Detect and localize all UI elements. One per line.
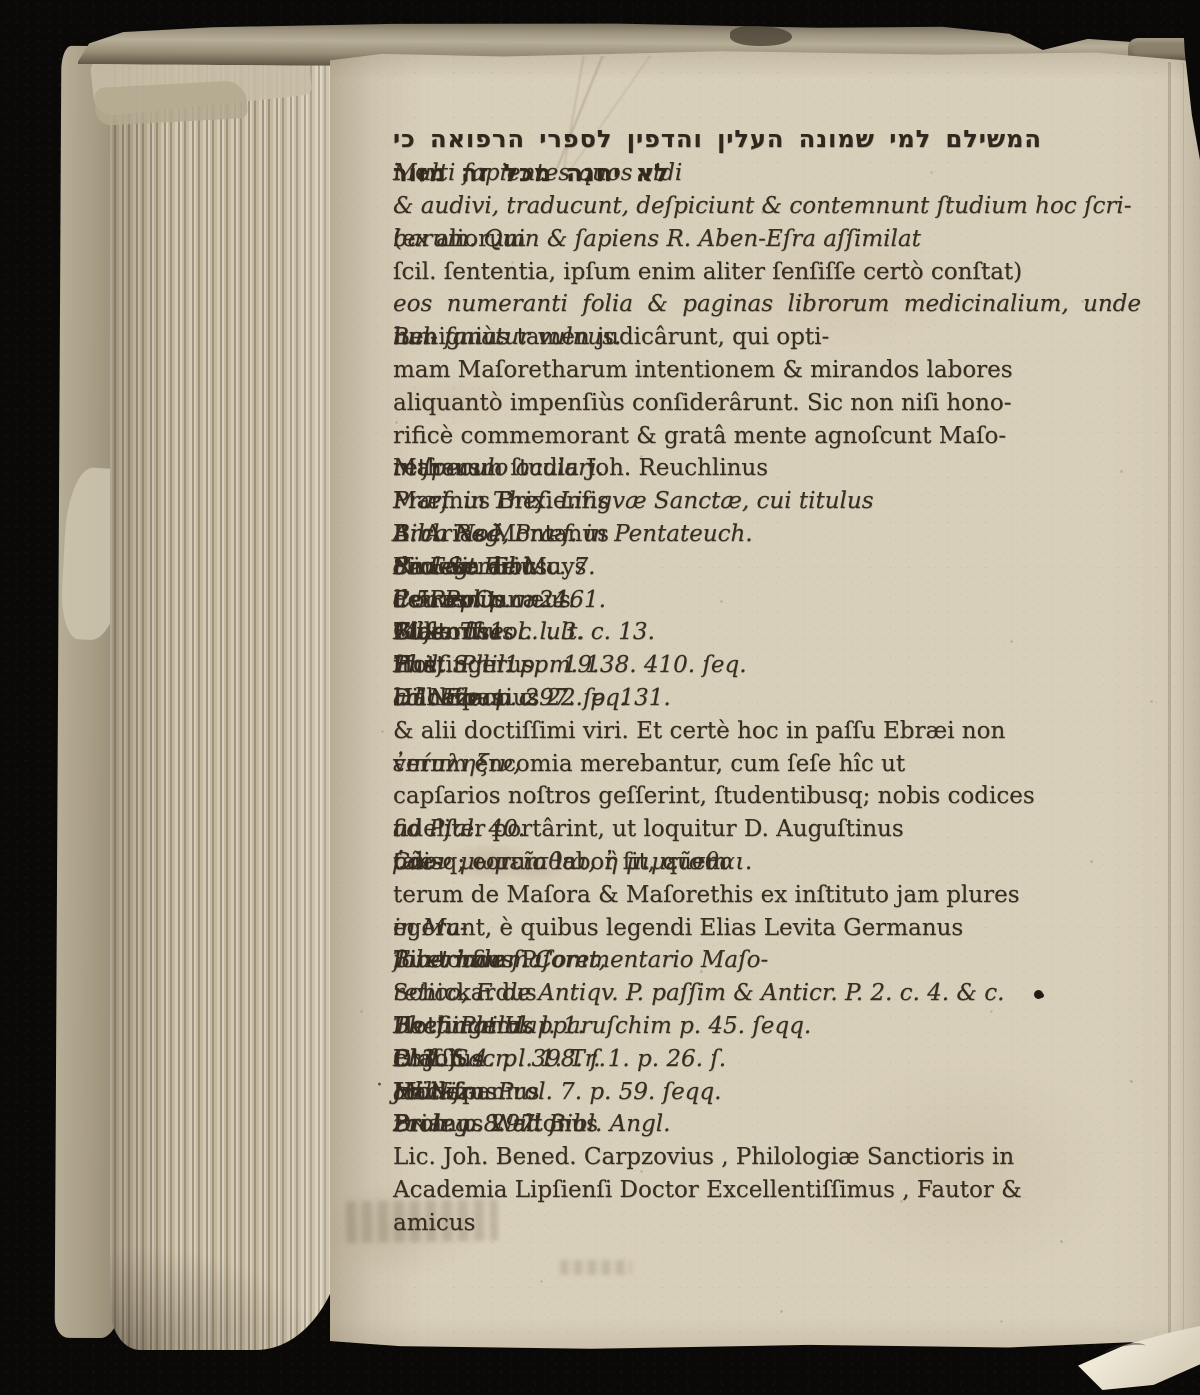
text-line: retharum ſtudia Joh. Reuchlinus in ſpecu… bbox=[393, 452, 1141, 485]
latin-text: Præf. in Theſ. Lingvæ Sanctæ, cui titulu… bbox=[393, 485, 874, 518]
latin-text: Bibl. Reg. Præf. in Pentateuch. bbox=[393, 518, 753, 551]
text-line: capſarios noſtros geſſerint, ſtudentibus… bbox=[393, 780, 1141, 813]
latin-text: Theſ. Phil. p. m. 138. 410. ſeq. bbox=[393, 649, 747, 682]
latin-text: (ex aliorum bbox=[393, 223, 526, 256]
latin-text: egerunt, è quibus legendi Elias Levita G… bbox=[393, 912, 963, 945]
latin-text: Proleg. 8. ad Bibl. Angl. bbox=[393, 1108, 670, 1141]
latin-text: Lic. Joh. Bened. Carpzovius , Philologiæ… bbox=[393, 1141, 1014, 1174]
text-line: Fullerus Miſc. Theol. l. 3. c. 13. Buxto… bbox=[393, 616, 1141, 649]
text-line: Petrus Cunæus de Rep. p. m. 161. Conzenu… bbox=[393, 584, 1141, 617]
page-text: המשילם למי שמונה העלין והדפין לספרי הרפו… bbox=[393, 122, 1141, 1240]
latin-text: & audivi, traducunt, deſpiciunt & contem… bbox=[393, 190, 1132, 223]
text-line: aliquantò impenſiùs conſiderârunt. Sic n… bbox=[393, 387, 1141, 420]
latin-text: terum de Maſora & Maſorethis ex inſtitut… bbox=[393, 879, 1020, 912]
text-line: rificè commemorant & gratâ mente agnoſcu… bbox=[393, 420, 1141, 453]
text-line: barum. Quin & ſapiens R. Aben-Eſra aſſim… bbox=[393, 223, 1141, 256]
latin-text: eos numeranti folia & paginas librorum m… bbox=[393, 288, 1141, 321]
latin-text: & alii doctiſſimi viri. Et certè hoc in … bbox=[393, 715, 1005, 748]
text-line: egerunt, è quibus legendi Elias Levita G… bbox=[393, 912, 1141, 945]
latin-text: in Ma- bbox=[393, 912, 468, 945]
latin-text: l. 5. Polit. c. 24. bbox=[393, 584, 575, 617]
text-line: לא יחנה מכל זה מזור i. e. Multi ſapiente… bbox=[393, 156, 1141, 190]
text-line: Nic. Serarius Proleg. Bibl. Simeon de Mu… bbox=[393, 551, 1141, 584]
text-line: Marinus Brixienſis Præf. in Theſ. Lingvæ… bbox=[393, 485, 1141, 518]
latin-text: Glas- bbox=[393, 616, 452, 649]
head-edge-damage-notch bbox=[730, 26, 792, 46]
gutter-fold-shadow bbox=[1168, 62, 1171, 1340]
text-line: Lic. Joh. Bened. Carpzovius , Philologiæ… bbox=[393, 1141, 1141, 1174]
text-line: amicus bbox=[393, 1207, 1141, 1240]
text-line: eos numeranti folia & paginas librorum m… bbox=[393, 288, 1141, 321]
text-line: & audivi, traducunt, deſpiciunt & contem… bbox=[393, 190, 1141, 223]
latin-text: Multi ſapientes quos vidi bbox=[393, 156, 682, 190]
text-line: fideliter portârint, ut loquitur D. Augu… bbox=[393, 813, 1141, 846]
torn-corner-flake bbox=[94, 80, 248, 126]
latin-text: Cœ- bbox=[393, 846, 441, 879]
latin-text: Benigniùs tamen judicârunt, qui opti- bbox=[393, 321, 829, 354]
text-line: Arca Noë, B. Arias Montanus Bibl. Reg. P… bbox=[393, 518, 1141, 551]
latin-text: Schickardus bbox=[393, 977, 537, 1010]
text-line: talisq; eorum labor ſit, quem ῥᾶον μωμεῖ… bbox=[393, 846, 1141, 879]
latin-text: Tiberiade ſ. Commentario Maſo- bbox=[393, 944, 768, 977]
latin-text: amicus bbox=[393, 1207, 475, 1240]
text-line: Academia Lipſienſi Doctor Excellentiſſim… bbox=[393, 1174, 1141, 1207]
latin-text: Academia Lipſienſi Doctor Excellentiſſim… bbox=[393, 1174, 1022, 1207]
text-line: ſcil. ſententia, ipſum enim aliter ſenſi… bbox=[393, 256, 1141, 289]
text-line: mam Maſoretharum intentionem & mirandos … bbox=[393, 354, 1141, 387]
text-line: Hackſpanius ad Nizz. p. 297. ſeq. Dilher… bbox=[393, 682, 1141, 715]
page-fore-edge-stack bbox=[110, 52, 346, 1350]
latin-text: mam Maſoretharum intentionem & mirandos … bbox=[393, 354, 1013, 387]
latin-text: Theſ. Philol. l. 1. bbox=[393, 1010, 585, 1043]
latin-text: de Edit. Ebr. c. 7. bbox=[393, 551, 595, 584]
text-line: ſoret hammaſoret, Buxtorfius P. Tiberiad… bbox=[393, 944, 1141, 977]
latin-text: Marcus bbox=[393, 452, 481, 485]
text-line: Müllerus Judaiſm. Prol. 7. p. 59. ſeqq. … bbox=[393, 1076, 1141, 1109]
text-line: & alii doctiſſimi viri. Et certè hoc in … bbox=[393, 715, 1141, 748]
latin-text: ad Pſal. 40. bbox=[393, 813, 525, 846]
book-scan-scene: · המשילם למי שמונה העלין והדפין לספרי הר… bbox=[0, 0, 1200, 1395]
latin-text: rificè commemorant & gratâ mente agnoſcu… bbox=[393, 420, 1006, 453]
latin-text: capſarios noſtros geſſerint, ſtudentibus… bbox=[393, 780, 1035, 813]
text-line: terum de Maſora & Maſorethis ex inſtitut… bbox=[393, 879, 1141, 912]
text-line: ἐπίπληξιν, verum encomia merebantur, cum… bbox=[393, 748, 1141, 781]
latin-text: verum encomia merebantur, cum ſeſe hîc u… bbox=[393, 748, 905, 781]
paper-fiber-specks bbox=[0, 0, 1, 1]
text-line: Bechinat Happaruſchim p. 45. ſeqq. Hotti… bbox=[393, 1010, 1141, 1043]
latin-text: D. Joh. bbox=[393, 1043, 470, 1076]
text-line: c. 3. ſ. 4. p. 398. ſ. Glaſſius Phil. Sa… bbox=[393, 1043, 1141, 1076]
ink-bleedthrough-smudge bbox=[560, 1260, 632, 1275]
hebrew-text: המשילם למי שמונה העלין והדפין לספרי הרפו… bbox=[393, 122, 1042, 156]
latin-text: ad Niz- bbox=[393, 1076, 476, 1109]
text-line: zach. p. 297. ſ. Brianus Waltonus Proleg… bbox=[393, 1108, 1141, 1141]
greek-text: ῥᾶον μωμεῖσθαι, ἢ μιμεῖσθαι. bbox=[393, 846, 753, 879]
latin-text: aliquantò impenſiùs conſiderârunt. Sic n… bbox=[393, 387, 1011, 420]
margin-mark: · bbox=[376, 1076, 390, 1096]
text-line: המשילם למי שמונה העלין והדפין לספרי הרפו… bbox=[393, 122, 1141, 156]
latin-text: Dn. bbox=[393, 1108, 434, 1141]
text-line: ſius Phil. S. l. 1. p. 19. Hottingerus T… bbox=[393, 649, 1141, 682]
latin-text: l. 1. Elect. c. 22. p. 131. bbox=[393, 682, 671, 715]
latin-text: ſcil. ſententia, ipſum enim aliter ſenſi… bbox=[393, 256, 1022, 289]
text-line: retico, F. de Antiqv. P. paſſim & Anticr… bbox=[393, 977, 1141, 1010]
